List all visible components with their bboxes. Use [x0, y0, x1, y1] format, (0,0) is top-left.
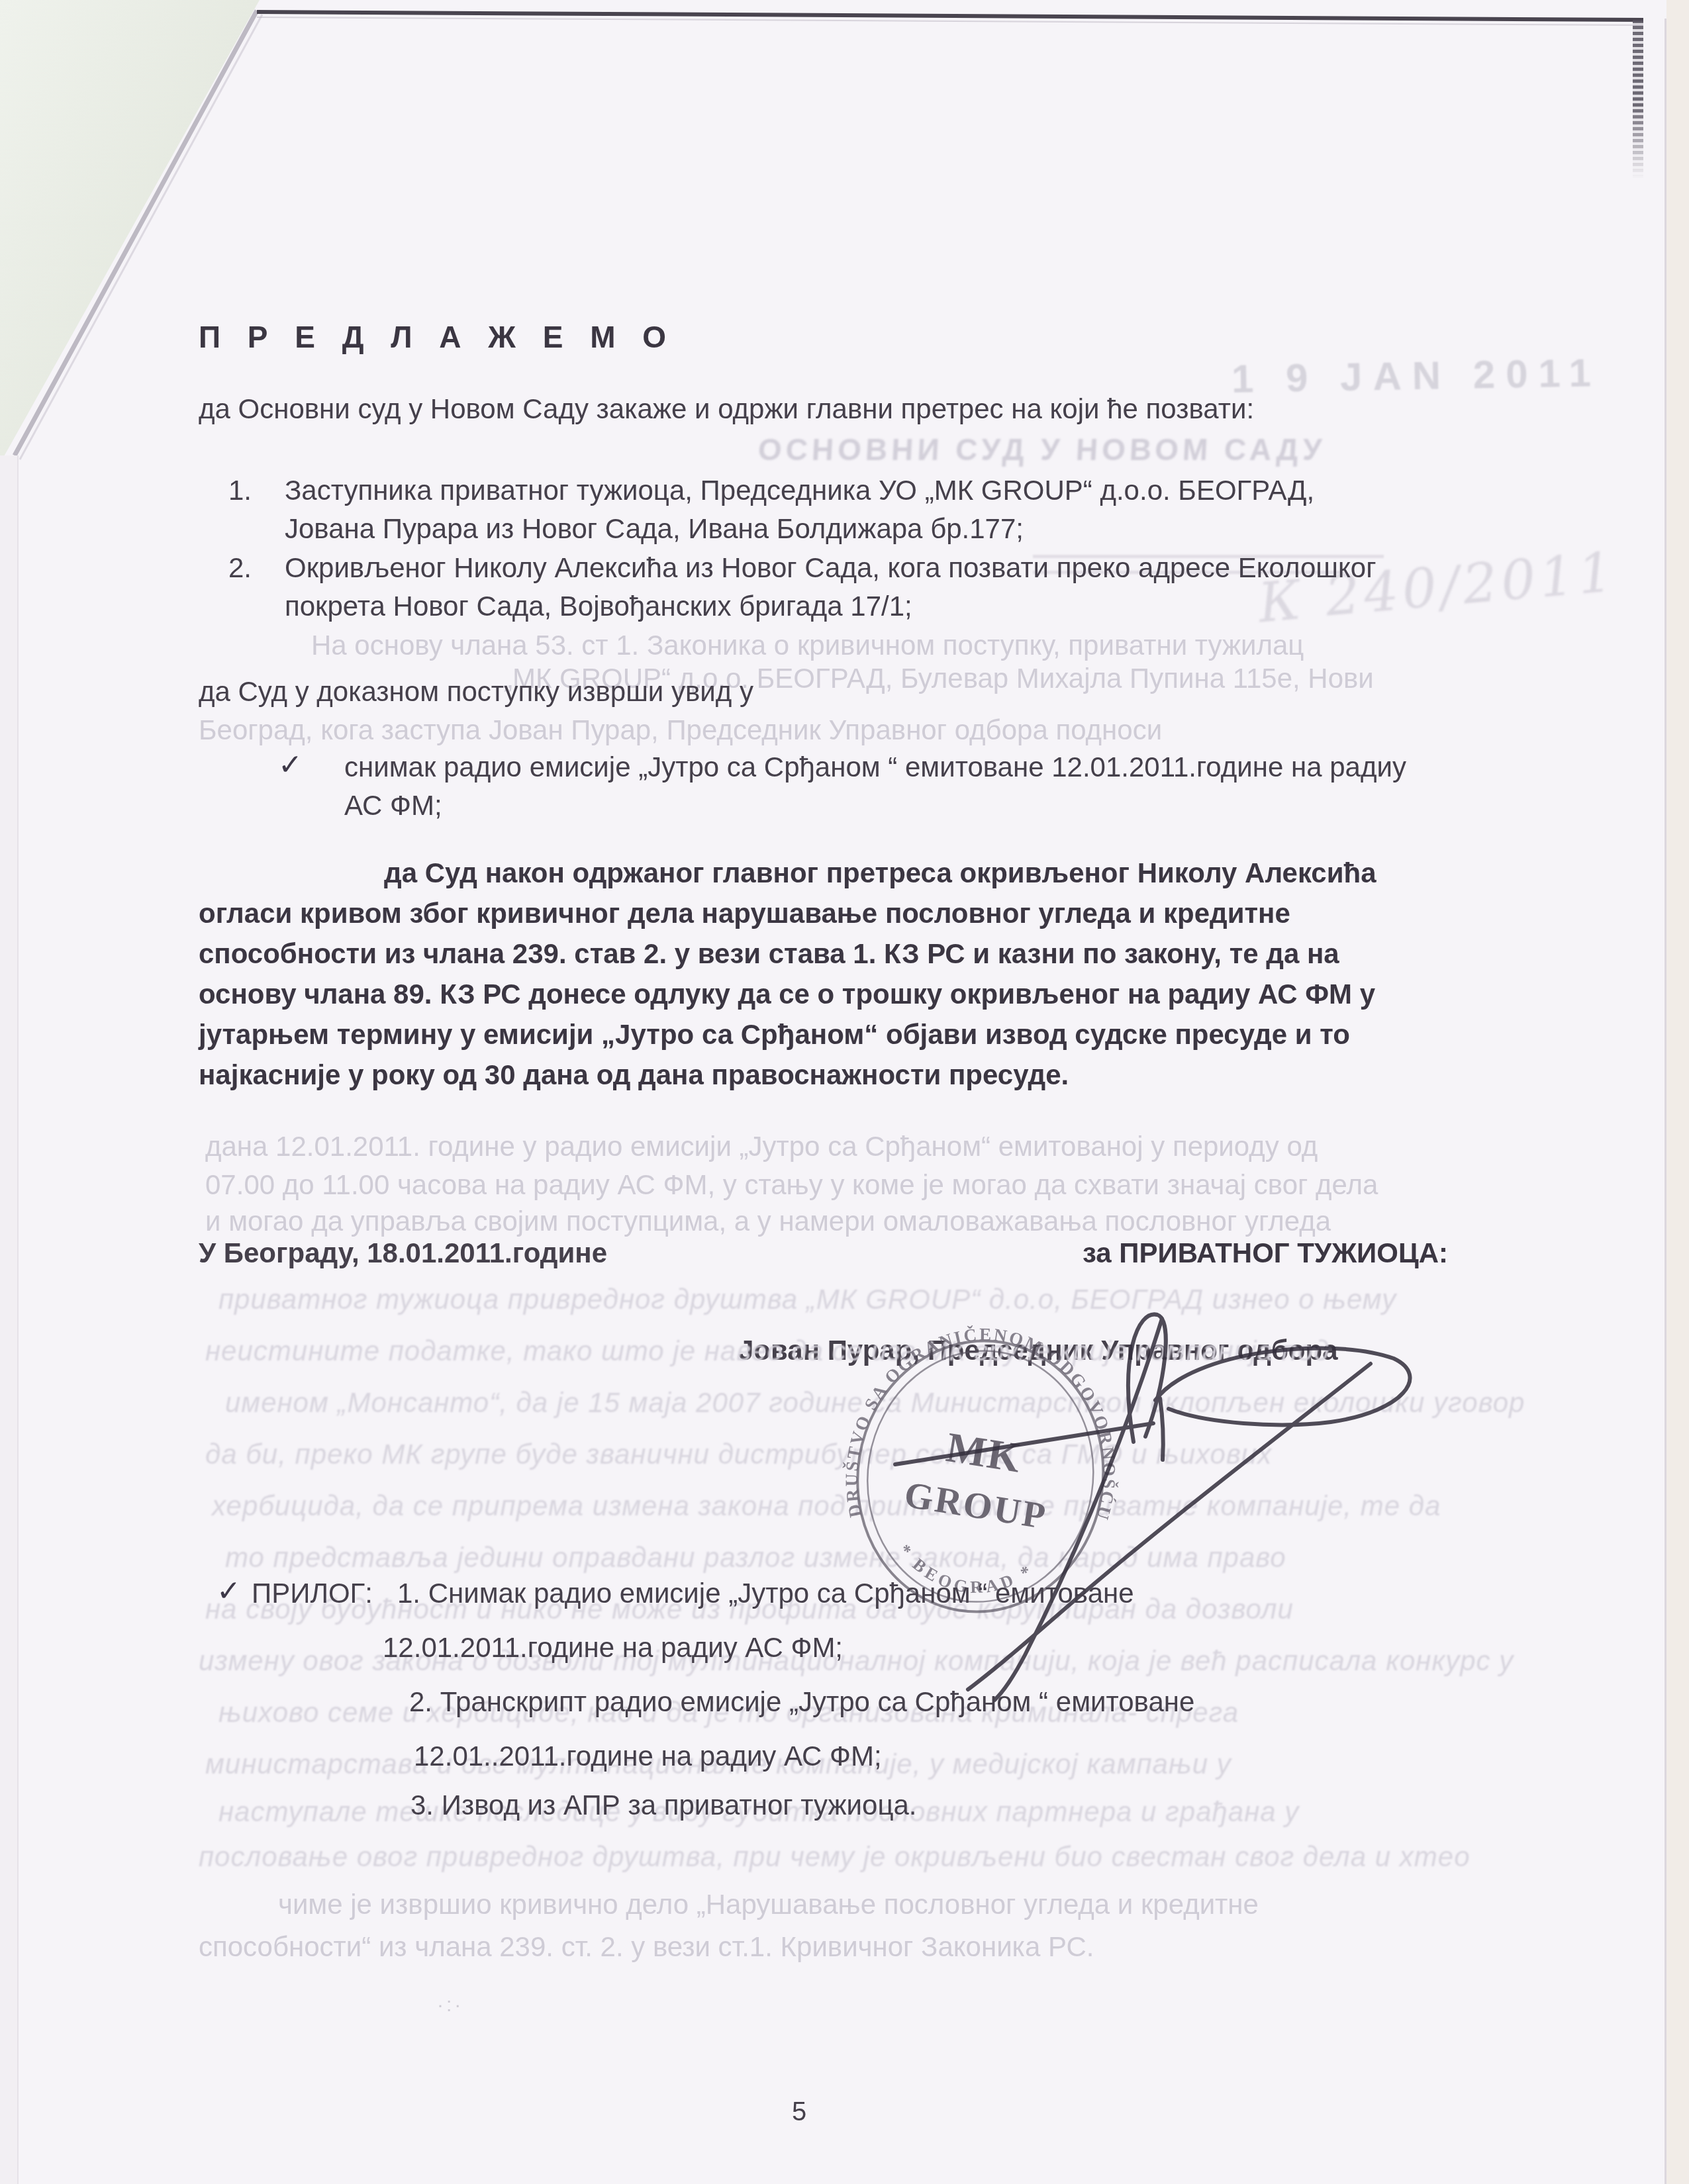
bleedthrough-line: Београд, кога заступа Јован Пурар, Предс…	[199, 714, 1162, 747]
attachment-line: 12.01..2011.године на радиу АС ФМ;	[414, 1740, 882, 1773]
ink-speck: ·:·	[437, 1994, 463, 2017]
checkmark-icon: ✓	[217, 1574, 241, 1609]
court-name-bleedthrough: ОСНОВНИ СУД У НОВОМ САДУ	[757, 432, 1327, 468]
page-left-edge	[0, 455, 19, 2184]
verdict-line: да Суд након одржаног главног претреса о…	[384, 857, 1376, 890]
attachment-line: 1. Снимак радио емисије „Јутро са Срђано…	[397, 1577, 1134, 1610]
for-private-prosecutor: за ПРИВАТНОГ ТУЖИОЦА:	[1083, 1237, 1448, 1270]
bleedthrough-line: и могао да управља својим поступцима, а …	[205, 1205, 1331, 1238]
page-number: 5	[792, 2097, 806, 2127]
scan-margin	[1666, 0, 1689, 2184]
bleedthrough-line: На основу члана 53. ст 1. Законика о кри…	[311, 629, 1304, 662]
verdict-line: огласи кривом због кривичног дела наруша…	[199, 897, 1290, 930]
scanned-document-page: 1 9 JAN 2011 ОСНОВНИ СУД У НОВОМ САДУ К …	[0, 0, 1689, 2184]
attachment-line: 3. Извод из АПР за приватног тужиоца.	[410, 1789, 916, 1822]
evidence-item-line: АС ФМ;	[344, 789, 442, 822]
intro-paragraph: да Основни суд у Новом Саду закаже и одр…	[199, 393, 1254, 426]
received-date-stamp: 1 9 JAN 2011	[1231, 349, 1602, 403]
bleedthrough-line: чиме је извршио кривично дело „Нарушавањ…	[278, 1888, 1259, 1921]
verdict-line: најкасније у року од 30 дана од дана пра…	[199, 1059, 1069, 1092]
list-item-number: 2.	[228, 551, 252, 585]
bleedthrough-line: способности“ из члана 239. ст. 2. у вези…	[199, 1930, 1094, 1964]
place-date: У Београду, 18.01.2011.године	[199, 1237, 607, 1270]
list-item-line: Јована Пурара из Новог Сада, Ивана Болди…	[285, 512, 1024, 546]
attachment-line: 2. Транскрипт радио емисије „Јутро са Ср…	[409, 1685, 1194, 1719]
bleedthrough-line: пословање овог привредног друштва, при ч…	[199, 1840, 1471, 1874]
attachment-line: 12.01.2011.године на радиу АС ФМ;	[383, 1631, 843, 1664]
evidence-intro: да Суд у доказном поступку изврши увид у	[199, 675, 753, 708]
verdict-line: основу члана 89. КЗ РС донесе одлуку да …	[199, 978, 1375, 1011]
attachments-label: ПРИЛОГ:	[252, 1577, 373, 1610]
handwritten-signature	[861, 1291, 1457, 1754]
bleedthrough-line: дана 12.01.2011. године у радио емисији …	[205, 1130, 1318, 1163]
verdict-line: способности из члана 239. став 2. у вези…	[199, 937, 1339, 971]
verdict-line: јутарњем термину у емисији „Јутро са Срђ…	[199, 1018, 1350, 1051]
scan-artifact-serrated-edge	[1633, 20, 1643, 179]
list-item-number: 1.	[228, 474, 252, 507]
document-heading: П Р Е Д Л А Ж Е М О	[199, 319, 675, 356]
list-item-line: Заступника приватног тужиоца, Председник…	[285, 474, 1314, 507]
list-item-line: покрета Новог Сада, Војвођанских бригада…	[285, 590, 912, 623]
list-item-line: Окривљеног Николу Алексића из Новог Сада…	[285, 551, 1376, 585]
bleedthrough-line: 07.00 до 11.00 часова на радиу АС ФМ, у …	[205, 1168, 1378, 1202]
checkmark-icon: ✓	[278, 748, 303, 783]
evidence-item-line: снимак радио емисије „Јутро са Срђаном “…	[344, 751, 1406, 784]
